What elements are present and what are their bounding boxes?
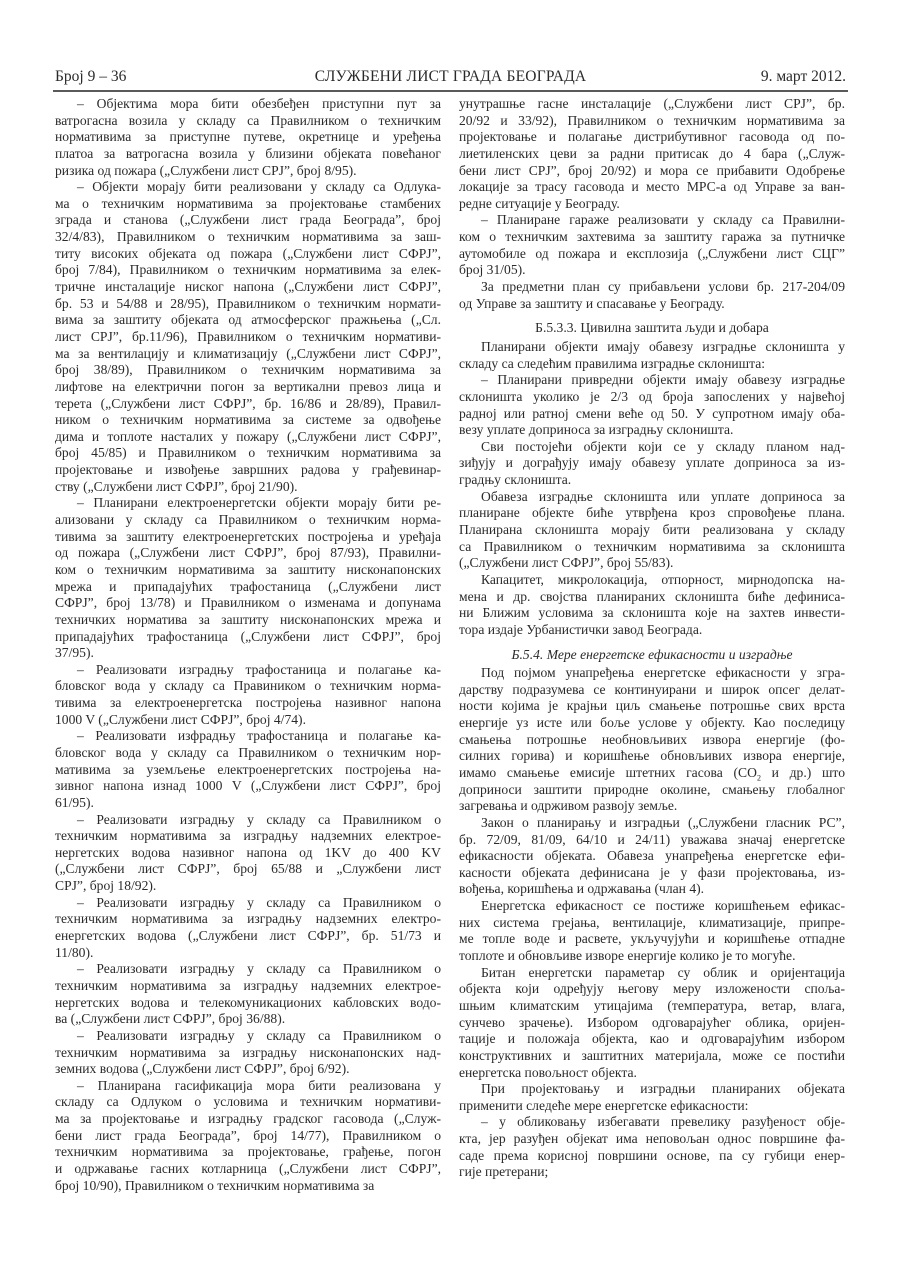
text-line: терета („Службени лист СФРЈ”, бр. 16/86 … (55, 396, 441, 413)
text-line: ком о техничким захтевима за заштиту гар… (459, 229, 845, 246)
text-line: платоа за ватрогасна возила у близини об… (55, 146, 441, 163)
section-heading: Б.5.4. Мере енергетске ефикасности и изг… (459, 647, 845, 664)
text-line: лист СРЈ”, бр.11/96), Правилником о техн… (55, 329, 441, 346)
text-line: тивима за електроенергетска постројења н… (55, 695, 441, 712)
paragraph: – Реализовати изградњу трафостаница и по… (55, 662, 441, 729)
text-line: – Планирани електроенергетски објекти мо… (55, 495, 441, 512)
text-line: 32/4/83), Правилником о техничким нормат… (55, 229, 441, 246)
text-line: и одржавање гасних котларница („Службени… (55, 1161, 441, 1178)
text-line: лифтове на електрични погон за вертикалн… (55, 379, 441, 396)
text-line: 61/95). (55, 795, 441, 812)
text-line: планиране објекте биће утврђена кроз спр… (459, 505, 845, 522)
text-line: доприноси заштити природне околине, смањ… (459, 782, 845, 799)
paragraph: Планирани објекти имају обавезу изградње… (459, 339, 845, 372)
text-line: редне ситуације у Београду. (459, 196, 845, 213)
text-line: – Објектима мора бити обезбеђен приступн… (55, 96, 441, 113)
text-line: СФРЈ”, број 13/78) и Правилником о измен… (55, 595, 441, 612)
text-line: ма за пројектовање и изградњу градског г… (55, 1111, 441, 1128)
text-line: техничким нормативима за изградњу надзем… (55, 978, 441, 995)
text-line: од пожара („Службени лист СФРЈ”, број 87… (55, 545, 441, 562)
text-line: мативима за уземљење електроенергетских … (55, 762, 441, 779)
text-line: Планирана склоништа морају бити реализов… (459, 522, 845, 539)
text-line: аутомобиле од пожара и експлозија („Служ… (459, 246, 845, 263)
publication-title: СЛУЖБЕНИ ЛИСТ ГРАДА БЕОГРАДА (53, 68, 848, 86)
text-line: дарству подразумева се континуирани и ши… (459, 682, 845, 699)
paragraph: – Објекти морају бити реализовани у скла… (55, 179, 441, 495)
text-line: 1000 V („Службени лист СФРЈ”, број 4/74)… (55, 712, 441, 729)
text-line: шњим климатским утицајима (температура, … (459, 998, 845, 1015)
text-line: СРЈ”, број 18/92). (55, 878, 441, 895)
text-line: бр. 53 и 54/88 и 28/95), Правилником о т… (55, 296, 441, 313)
text-line: – Објекти морају бити реализовани у скла… (55, 179, 441, 196)
text-line: ризика од пожара („Службени лист СРЈ”, б… (55, 163, 441, 180)
text-line: ализовани у складу са Правилником о техн… (55, 512, 441, 529)
text-line: саде према корисној површини основе, па … (459, 1148, 845, 1165)
text-line: сунчево зрачење). Избором одговарајућег … (459, 1015, 845, 1032)
paragraph: – Реализовати изградњу у складу са Прави… (55, 895, 441, 962)
text-line: вима за заштиту објеката од атмосферског… (55, 312, 441, 329)
text-line: конструктивних и заштитних материјала, м… (459, 1048, 845, 1065)
text-line: них система грејања, вентилације, климат… (459, 915, 845, 932)
text-line: техничким нормативима за изградњу нискон… (55, 1045, 441, 1062)
text-line: бловског вода у складу са Правилником о … (55, 745, 441, 762)
text-line: – Планиране гараже реализовати у складу … (459, 212, 845, 229)
paragraph: – Реализовати изградњу у складу са Прави… (55, 1028, 441, 1078)
text-line: – Реализовати изградњу трафостаница и по… (55, 662, 441, 679)
text-line: припадајућих трафостаница („Службени лис… (55, 629, 441, 646)
text-line: зиђују и дограђују имају обавезу уплате … (459, 455, 845, 472)
paragraph: Битан енергетски параметар су облик и ор… (459, 965, 845, 1081)
paragraph: – Реализовати изградњу у складу са Прави… (55, 961, 441, 1028)
text-line: складу са Одлуком о условима и техничким… (55, 1094, 441, 1111)
text-line: пројектовање и полагање дистрибутивног г… (459, 129, 845, 146)
text-line: са Правилником о техничким нормативима з… (459, 539, 845, 556)
text-line: Битан енергетски параметар су облик и ор… (459, 965, 845, 982)
paragraph: При пројектовању и изградњи планираних о… (459, 1081, 845, 1114)
text-line: ности којима је крајњи циљ смањење потро… (459, 698, 845, 715)
text-line: мрежа и припадајућих трафостаница („Служ… (55, 579, 441, 596)
text-line: ни Ближим условима за склоништа које на … (459, 605, 845, 622)
text-line: ватрогасна возила у складу са Правилнико… (55, 113, 441, 130)
paragraph: – Планирани електроенергетски објекти мо… (55, 495, 441, 661)
text-line: број 7/84), Правилником о техничким норм… (55, 262, 441, 279)
paragraph: – Реализовати изфрадњу трафостаница и по… (55, 728, 441, 811)
text-line: број 10/90), Правилником о техничким нор… (55, 1178, 441, 1195)
text-line: нергетских водова и телекомуникационих к… (55, 995, 441, 1012)
paragraph: Сви постојећи објекти који се у складу п… (459, 439, 845, 489)
text-line: – Планирани привредни објекти имају обав… (459, 372, 845, 389)
text-line: применити следеће мере енергетске ефикас… (459, 1098, 845, 1115)
paragraph: Закон о планирању и изградњи („Службени … (459, 815, 845, 898)
text-line: Капацитет, микролокација, отпорност, мир… (459, 572, 845, 589)
text-line: техничким нормативима за изградњу надзем… (55, 828, 441, 845)
paragraph: – Планирани привредни објекти имају обав… (459, 372, 845, 439)
text-line: силних горива) и коришћење обновљивих из… (459, 748, 845, 765)
text-line: Обавеза изградње склоништа или уплате до… (459, 489, 845, 506)
text-line: зивног напона изнад 1000 V („Службени ли… (55, 778, 441, 795)
text-line: лиетиленских цеви за радни притисак до 4… (459, 146, 845, 163)
text-line: титу високих објеката од пожара („Службе… (55, 246, 441, 263)
paragraph: Обавеза изградње склоништа или уплате до… (459, 489, 845, 572)
text-line: техничких норматива за заштиту нисконапо… (55, 612, 441, 629)
text-line: број 45/85) и Правилником о техничким но… (55, 445, 441, 462)
text-line: – у обликовању избегавати превелику разу… (459, 1114, 845, 1131)
text-line: бр. 72/09, 81/09, 64/10 и 24/11) уважава… (459, 832, 845, 849)
text-line: загревања и одрживом развоју земље. (459, 798, 845, 815)
text-line: бени лист града Београда”, број 14/77), … (55, 1128, 441, 1145)
text-line: касности објеката дефинисана је у фази п… (459, 865, 845, 882)
text-line: радној или ратној смени веће од 50. У су… (459, 406, 845, 423)
text-line: – Реализовати изградњу у складу са Прави… (55, 895, 441, 912)
text-line: енергије уз исте или боље услове у објек… (459, 715, 845, 732)
issue-date: 9. март 2012. (761, 68, 846, 86)
text-line: – Реализовати изградњу у складу са Прави… (55, 961, 441, 978)
text-line: При пројектовању и изградњи планираних о… (459, 1081, 845, 1098)
right-column: унутрашње гасне инсталације („Службени л… (459, 96, 845, 1181)
text-line: – Планирана гасификација мора бити реали… (55, 1078, 441, 1095)
text-line: ва („Службени лист СФРЈ”, број 36/88). (55, 1011, 441, 1028)
text-line: складу са следећим правилима изградње ск… (459, 356, 845, 373)
text-line: ком о техничким нормативима за заштиту н… (55, 562, 441, 579)
text-line: тричне инсталације ниског напона („Служб… (55, 279, 441, 296)
text-line: – Реализовати изградњу у складу са Прави… (55, 1028, 441, 1045)
text-line: ма о техничким нормативима за пројектова… (55, 196, 441, 213)
paragraph: – Објектима мора бити обезбеђен приступн… (55, 96, 441, 179)
text-line: имамо смањење емисије штетних гасова (CO… (459, 765, 845, 782)
text-line: Закон о планирању и изградњи („Службени … (459, 815, 845, 832)
text-line: тације и положаја објекта, као и одговар… (459, 1031, 845, 1048)
section-heading: Б.5.3.3. Цивилна заштита људи и добара (459, 320, 845, 337)
text-line: број 31/05). (459, 262, 845, 279)
text-line: везу уплате доприноса за изградњу склони… (459, 422, 845, 439)
text-line: дима и топлоте насталих у пожару („Служб… (55, 429, 441, 446)
paragraph: – Планиране гараже реализовати у складу … (459, 212, 845, 279)
paragraph: унутрашње гасне инсталације („Службени л… (459, 96, 845, 212)
page-header: Број 9 – 36 СЛУЖБЕНИ ЛИСТ ГРАДА БЕОГРАДА… (53, 68, 848, 92)
text-line: – Реализовати изградњу у складу са Прави… (55, 812, 441, 829)
text-line: Под појмом унапређења енергетске ефикасн… (459, 665, 845, 682)
text-line: пројектовање и извођење завршних радова … (55, 462, 441, 479)
text-line: локације за трасу гасовода и место МРС-а… (459, 179, 845, 196)
paragraph: Енергетска ефикасност се постиже коришће… (459, 898, 845, 965)
text-line: – Реализовати изфрадњу трафостаница и по… (55, 728, 441, 745)
paragraph: – Реализовати изградњу у складу са Прави… (55, 812, 441, 895)
text-line: Планирани објекти имају обавезу изградње… (459, 339, 845, 356)
text-line: техничким нормативима за пројектовање, г… (55, 1144, 441, 1161)
text-line: нергетских водова називног напона од 1KV… (55, 845, 441, 862)
paragraph: За предметни план су прибављени услови б… (459, 279, 845, 312)
text-line: За предметни план су прибављени услови б… (459, 279, 845, 296)
text-line: ме топле воде и расвете, укључујући и ко… (459, 931, 845, 948)
text-line: Енергетска ефикасност се постиже коришће… (459, 898, 845, 915)
text-line: ма за вентилацију и климатизацију („Служ… (55, 346, 441, 363)
text-line: унутрашње гасне инсталације („Службени л… (459, 96, 845, 113)
text-line: Сви постојећи објекти који се у складу п… (459, 439, 845, 456)
text-line: број 38/89), Правилником о техничким нор… (55, 362, 441, 379)
text-line: објекта који одређују његову меру изложе… (459, 981, 845, 998)
text-line: вођења, коришћења и одржавања (члан 4). (459, 881, 845, 898)
text-line: гије претерани; (459, 1164, 845, 1181)
text-line: ником о техничким нормативима за системе… (55, 412, 441, 429)
paragraph: Под појмом унапређења енергетске ефикасн… (459, 665, 845, 815)
left-column: – Објектима мора бити обезбеђен приступн… (55, 96, 441, 1194)
text-line: 20/92 и 33/92), Правилником о техничким … (459, 113, 845, 130)
text-line: 11/80). (55, 945, 441, 962)
text-line: земних водова („Службени лист СФРЈ”, бро… (55, 1061, 441, 1078)
paragraph: – у обликовању избегавати превелику разу… (459, 1114, 845, 1181)
text-line: зграда и станова („Службени лист града Б… (55, 212, 441, 229)
text-line: кта, јер разуђен објекат има неповољан о… (459, 1131, 845, 1148)
text-line: техничким нормативима за изградњу надзем… (55, 911, 441, 928)
text-line: („Службени лист СФРЈ”, број 55/83). (459, 555, 845, 572)
text-line: енергетска повољност објекта. (459, 1065, 845, 1082)
text-line: од Управе за заштиту и спасавање у Беогр… (459, 296, 845, 313)
text-line: топлоте и обновљиве изворе енергије коли… (459, 948, 845, 965)
text-line: енергетских водова („Службени лист СФРЈ”… (55, 928, 441, 945)
text-line: ефикасности објеката. Обавеза унапређења… (459, 848, 845, 865)
text-line: нормативима за приступне путеве, окретни… (55, 129, 441, 146)
text-line: смањења потрошње необновљивих извора ене… (459, 732, 845, 749)
text-line: бловског вода у складу са Правиником о т… (55, 678, 441, 695)
text-line: склоништа уколико је 2/3 од броја запосл… (459, 389, 845, 406)
text-line: мена и др. својства планираних склоништа… (459, 589, 845, 606)
text-line: тивима за заштиту електроенергетских пос… (55, 529, 441, 546)
text-line: бени лист СРЈ”, број 20/92) и мора се пр… (459, 163, 845, 180)
text-line: тора издаје Урбанистички завод Београда. (459, 622, 845, 639)
paragraph: Капацитет, микролокација, отпорност, мир… (459, 572, 845, 639)
text-line: градњу склоништа. (459, 472, 845, 489)
text-line: („Службени лист СФРЈ”, број 65/88 и „Слу… (55, 861, 441, 878)
text-line: ству („Службени лист СФРЈ”, број 21/90). (55, 479, 441, 496)
text-line: 37/95). (55, 645, 441, 662)
paragraph: – Планирана гасификација мора бити реали… (55, 1078, 441, 1194)
